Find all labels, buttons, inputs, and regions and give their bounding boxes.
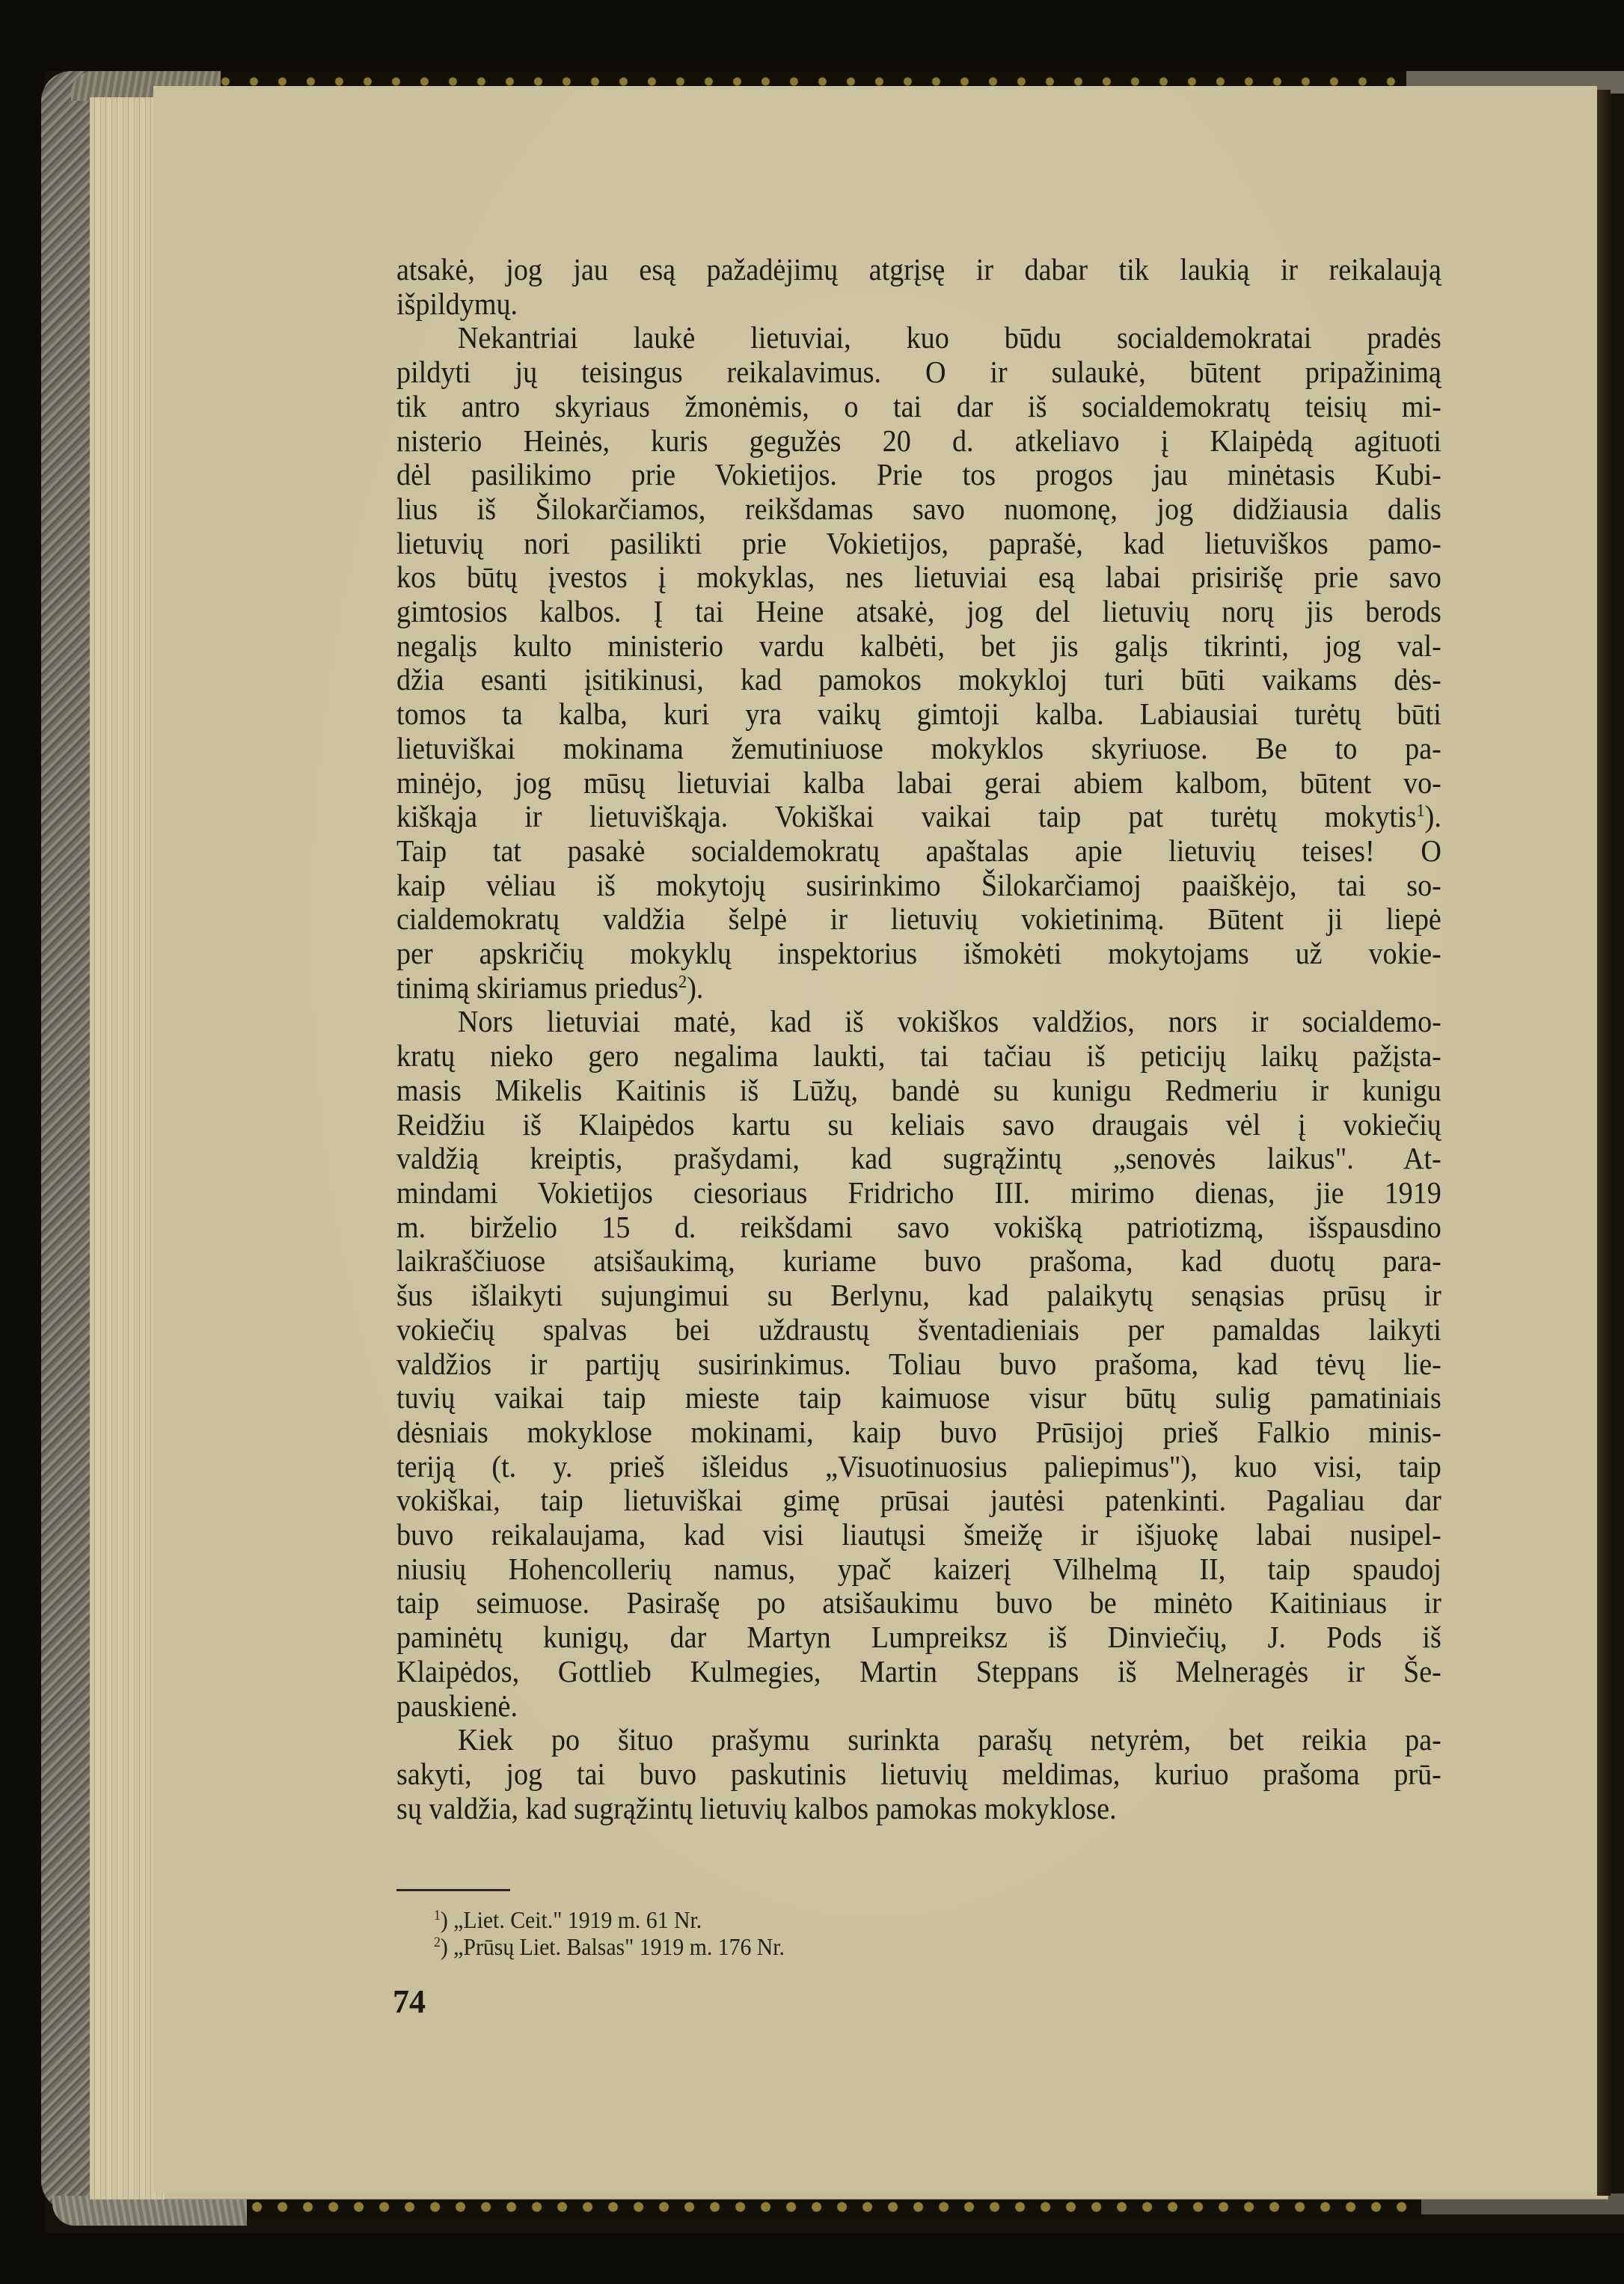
text-line: teriją (t. y. prieš išleidus „Visuotinuo… <box>396 1450 1441 1484</box>
text-line: dėsniais mokyklose mokinami, kaip buvo P… <box>396 1415 1441 1450</box>
text-line: kiškąja ir lietuviškąja. Vokiškai vaikai… <box>396 800 1441 834</box>
text-line: lius iš Šilokarčiamos, reikšdamas savo n… <box>396 492 1441 527</box>
text-line: tik antro skyriaus žmonėmis, o tai dar i… <box>396 390 1441 424</box>
text-line: Reidžiu iš Klaipėdos kartu su keliais sa… <box>396 1108 1441 1142</box>
cloth-corner-bottom <box>52 2196 247 2226</box>
paragraph: Kiek po šituo prašymu surinkta parašų ne… <box>396 1723 1441 1825</box>
text-line: kaip vėliau iš mokytojų susirinkimo Šilo… <box>396 869 1441 903</box>
text-line: dėl pasilikimo prie Vokietijos. Prie tos… <box>396 458 1441 492</box>
text-line: niusių Hohencollerių namus, ypač kaizerį… <box>396 1552 1441 1587</box>
text-line: Klaipėdos, Gottlieb Kulmegies, Martin St… <box>396 1655 1441 1689</box>
text-line: valdžios ir partijų susirinkimus. Toliau… <box>396 1347 1441 1382</box>
text-line: per apskričių mokyklų inspektorius išmok… <box>396 937 1441 971</box>
text-line: pildyti jų teisingus reikalavimus. O ir … <box>396 355 1441 390</box>
footnote-text: „Liet. Ceit." 1919 m. 61 Nr. <box>453 1906 702 1933</box>
text-line: lietuviškai mokinama žemutiniuose mokykl… <box>396 732 1441 766</box>
text-line: valdžią kreiptis, prašydami, kad sugrąži… <box>396 1142 1441 1176</box>
text-line: tomos ta kalba, kuri yra vaikų gimtoji k… <box>396 697 1441 732</box>
text-line: išpildymų. <box>396 287 1441 322</box>
footnote-1: 1) „Liet. Ceit." 1919 m. 61 Nr. <box>434 1906 785 1933</box>
footnote-2: 2) „Prūsų Liet. Balsas" 1919 m. 176 Nr. <box>434 1933 785 1960</box>
text-line: paminėtų kunigų, dar Martyn Lumpreiksz i… <box>396 1620 1441 1655</box>
text-line: kos būtų įvestos į mokyklas, nes lietuvi… <box>396 560 1441 595</box>
footnote-text: „Prūsų Liet. Balsas" 1919 m. 176 Nr. <box>453 1933 785 1960</box>
text-line: vokiškai, taip lietuviškai gimę prūsai j… <box>396 1484 1441 1518</box>
text-line: Taip tat pasakė socialdemokratų apaštala… <box>396 834 1441 869</box>
text-line: masis Mikelis Kaitinis iš Lūžų, bandė su… <box>396 1074 1441 1108</box>
text-line: m. birželio 15 d. reikšdami savo vokišką… <box>396 1210 1441 1245</box>
text-line: minėjo, jog mūsų lietuviai kalba labai g… <box>396 766 1441 800</box>
text-line: Kiek po šituo prašymu surinkta parašų ne… <box>396 1723 1441 1757</box>
text-line: buvo reikalaujama, kad visi liautųsi šme… <box>396 1518 1441 1552</box>
text-line: laikraščiuose atsišaukimą, kuriame buvo … <box>396 1244 1441 1279</box>
paragraph: atsakė, jog jau esą pažadėjimų atgrįsę i… <box>396 253 1441 321</box>
text-line: kratų nieko gero negalima laukti, tai ta… <box>396 1039 1441 1074</box>
text-line: vokiečių spalvas bei uždraustų šventadie… <box>396 1313 1441 1347</box>
text-line: taip seimuose. Pasirašę po atsišaukimu b… <box>396 1586 1441 1620</box>
footnote-mark: 1 <box>434 1908 441 1923</box>
text-line: sakyti, jog tai buvo paskutinis lietuvių… <box>396 1757 1441 1792</box>
text-line: Nors lietuviai matė, kad iš vokiškos val… <box>396 1005 1441 1039</box>
footnote-ref: 2 <box>678 973 687 992</box>
text-line: negalįs kulto ministerio vardu kalbėti, … <box>396 629 1441 664</box>
text-line: Nekantriai laukė lietuviai, kuo būdu soc… <box>396 321 1441 355</box>
text-line: sų valdžia, kad sugrąžintų lietuvių kalb… <box>396 1792 1441 1826</box>
text-line: tinimą skiriamus priedus2). <box>396 971 1441 1005</box>
footnote-mark: 2 <box>434 1935 441 1950</box>
footnotes: 1) „Liet. Ceit." 1919 m. 61 Nr. 2) „Prūs… <box>434 1906 785 1960</box>
body-text: atsakė, jog jau esą pažadėjimų atgrįsę i… <box>396 253 1441 1825</box>
paragraph: Nors lietuviai matė, kad iš vokiškos val… <box>396 1005 1441 1723</box>
page-shadow <box>1597 90 1611 2196</box>
text-line: atsakė, jog jau esą pažadėjimų atgrįsę i… <box>396 253 1441 287</box>
text-line: džia esanti įsitikinusi, kad pamokos mok… <box>396 663 1441 697</box>
text-line: šus išlaikyti sujungimui su Berlynu, kad… <box>396 1279 1441 1313</box>
text-line: lietuvių nori pasilikti prie Vokietijos,… <box>396 527 1441 561</box>
text-line: cialdemokratų valdžia šelpė ir lietuvių … <box>396 902 1441 937</box>
footnote-ref: 1 <box>1416 801 1424 821</box>
paragraph: Nekantriai laukė lietuviai, kuo būdu soc… <box>396 321 1441 1005</box>
text-line: nisterio Heinės, kuris gegužės 20 d. atk… <box>396 424 1441 459</box>
text-line: gimtosios kalbos. Į tai Heine atsakė, jo… <box>396 595 1441 629</box>
text-line: mindami Vokietijos ciesoriaus Fridricho … <box>396 1176 1441 1210</box>
footnote-rule <box>396 1889 510 1891</box>
page-number: 74 <box>393 1983 426 2021</box>
text-line: pauskienė. <box>396 1689 1441 1724</box>
text-line: tuvių vaikai taip mieste taip kaimuose v… <box>396 1381 1441 1415</box>
